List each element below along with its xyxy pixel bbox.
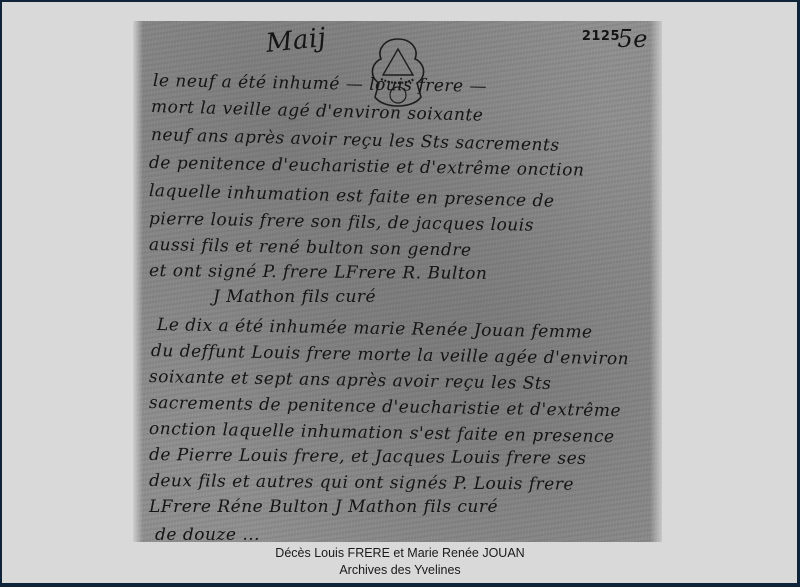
handwritten-line: sacrements de penitence d'eucharistie et… xyxy=(149,393,621,421)
handwritten-line: de douze ... xyxy=(155,525,260,542)
scan-right-edge xyxy=(650,21,662,542)
handwritten-line: onction laquelle inhumation s'est faite … xyxy=(149,419,615,447)
handwritten-line: neuf ans après avoir reçu les Sts sacrem… xyxy=(151,125,560,156)
handwritten-signatures: LFrere Réne Bulton J Mathon fils curé xyxy=(149,497,498,517)
handwritten-line: aussi fils et rené bulton son gendre xyxy=(149,235,472,261)
handwritten-line: pierre louis frere son fils, de jacques … xyxy=(149,209,534,236)
handwritten-line: et ont signé P. frere LFrere R. Bulton xyxy=(149,261,488,284)
caption-title: Décès Louis FRERE et Marie Renée JOUAN xyxy=(0,546,800,560)
scan-left-edge xyxy=(133,21,143,542)
handwritten-line: soixante et sept ans après avoir reçu le… xyxy=(149,367,552,394)
manuscript-scan-image: Maij 2125 5e le neuf a été inhumé — loui… xyxy=(133,21,662,542)
handwritten-line: Le dix a été inhumée marie Renée Jouan f… xyxy=(157,315,593,343)
handwritten-line: du deffunt Louis frere morte la veille a… xyxy=(151,341,629,369)
handwritten-line: de Pierre Louis frere, et Jacques Louis … xyxy=(149,445,587,469)
handwritten-line: deux fils et autres qui ont signés P. Lo… xyxy=(149,471,574,495)
page-marker: 5e xyxy=(618,25,648,53)
month-heading: Maij xyxy=(264,23,327,59)
viewer-frame: Maij 2125 5e le neuf a été inhumé — loui… xyxy=(2,2,797,583)
handwritten-line: mort la veille agé d'environ soixante xyxy=(151,97,484,126)
handwritten-line: laquelle inhumation est faite en presenc… xyxy=(149,181,555,212)
caption-source: Archives des Yvelines xyxy=(0,563,800,577)
folio-number: 2125 xyxy=(582,29,620,44)
handwritten-signature: J Mathon fils curé xyxy=(213,287,376,307)
handwritten-line: de penitence d'eucharistie et d'extrême … xyxy=(149,153,585,181)
handwritten-line: le neuf a été inhumé — louis frere — xyxy=(153,71,487,97)
